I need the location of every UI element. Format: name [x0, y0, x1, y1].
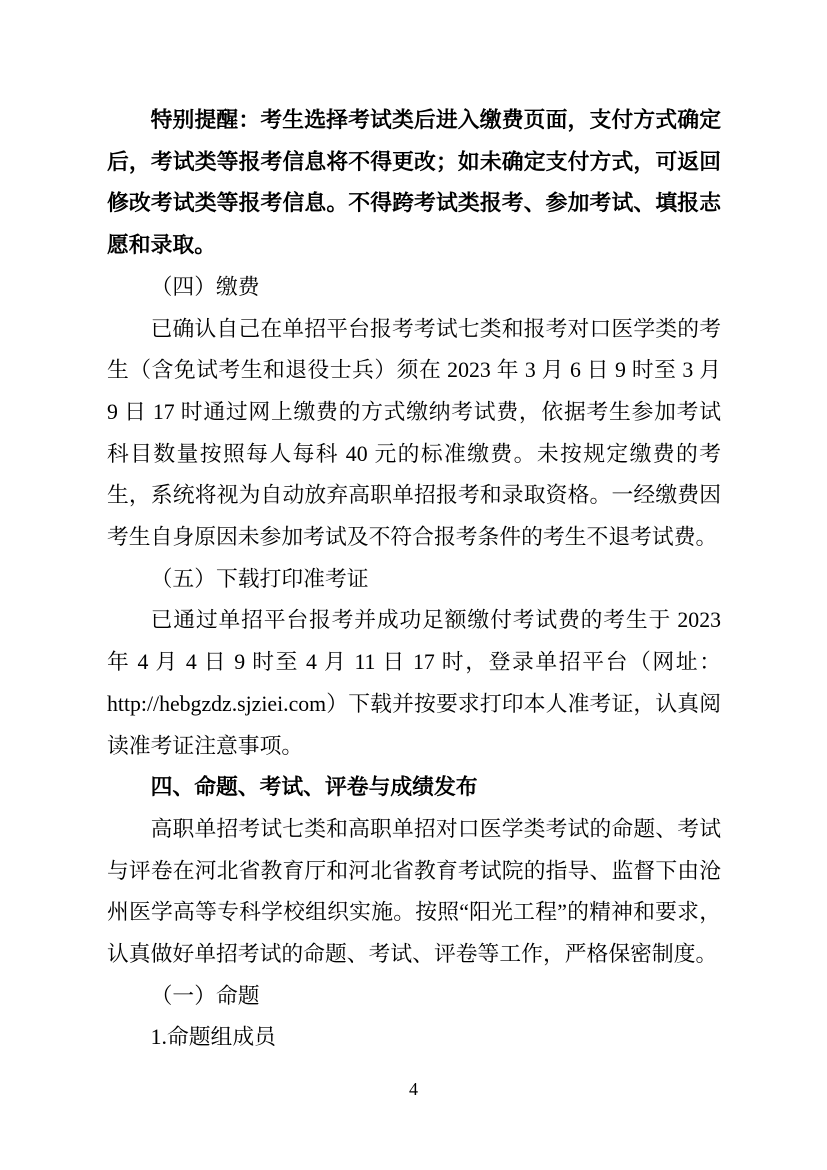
document-body: 特别提醒：考生选择考试类后进入缴费页面，支付方式确定后，考试类等报考信息将不得更… — [107, 100, 721, 1059]
page-number: 4 — [0, 1078, 827, 1100]
subsection-heading-proposition: （一）命题 — [107, 976, 721, 1018]
print-ticket-paragraph: 已通过单招平台报考并成功足额缴付考试费的考生于 2023 年 4 月 4 日 9… — [107, 600, 721, 767]
exam-organization-paragraph: 高职单招考试七类和高职单招对口医学类考试的命题、考试与评卷在河北省教育厅和河北省… — [107, 809, 721, 976]
special-reminder-paragraph: 特别提醒：考生选择考试类后进入缴费页面，支付方式确定后，考试类等报考信息将不得更… — [107, 100, 721, 267]
subsection-heading-print-ticket: （五）下载打印准考证 — [107, 559, 721, 601]
payment-paragraph: 已确认自己在单招平台报考考试七类和报考对口医学类的考生（含免试考生和退役士兵）须… — [107, 309, 721, 559]
section-heading-four: 四、命题、考试、评卷与成绩发布 — [107, 767, 721, 809]
proposition-group-item: 1.命题组成员 — [107, 1017, 721, 1059]
subsection-heading-payment: （四）缴费 — [107, 267, 721, 309]
document-page: 特别提醒：考生选择考试类后进入缴费页面，支付方式确定后，考试类等报考信息将不得更… — [0, 0, 827, 1170]
